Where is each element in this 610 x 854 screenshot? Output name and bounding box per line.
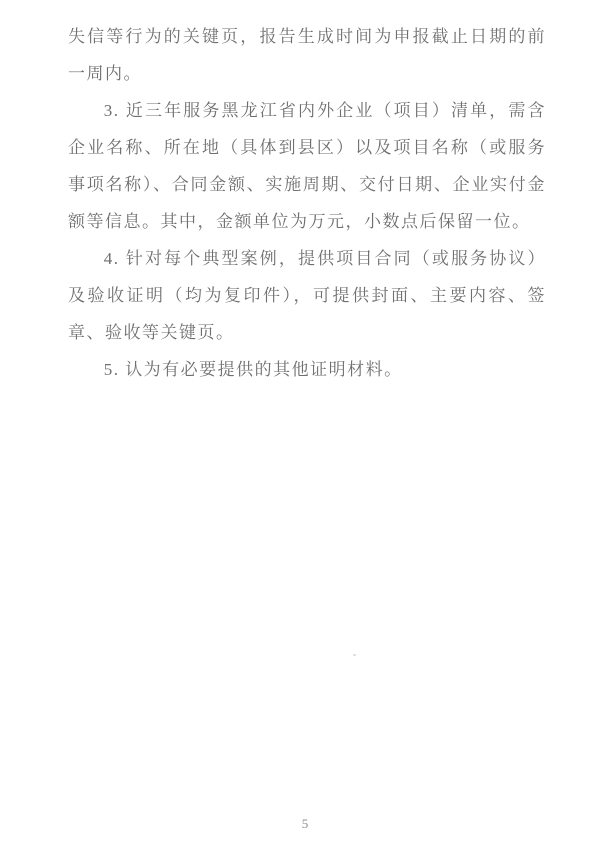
page-number: 5 xyxy=(0,816,610,832)
document-body: 失信等行为的关键页，报告生成时间为申报截止日期的前一周内。 3. 近三年服务黑龙… xyxy=(68,18,546,388)
list-item-3: 3. 近三年服务黑龙江省内外企业（项目）清单，需含企业名称、所在地（具体到县区）… xyxy=(68,92,546,240)
list-item-4: 4. 针对每个典型案例，提供项目合同（或服务协议）及验收证明（均为复印件），可提… xyxy=(68,240,546,351)
paragraph-continuation: 失信等行为的关键页，报告生成时间为申报截止日期的前一周内。 xyxy=(68,18,546,92)
scan-artifact-dot xyxy=(353,654,356,656)
document-page: 失信等行为的关键页，报告生成时间为申报截止日期的前一周内。 3. 近三年服务黑龙… xyxy=(0,0,610,854)
list-item-5: 5. 认为有必要提供的其他证明材料。 xyxy=(68,351,546,388)
